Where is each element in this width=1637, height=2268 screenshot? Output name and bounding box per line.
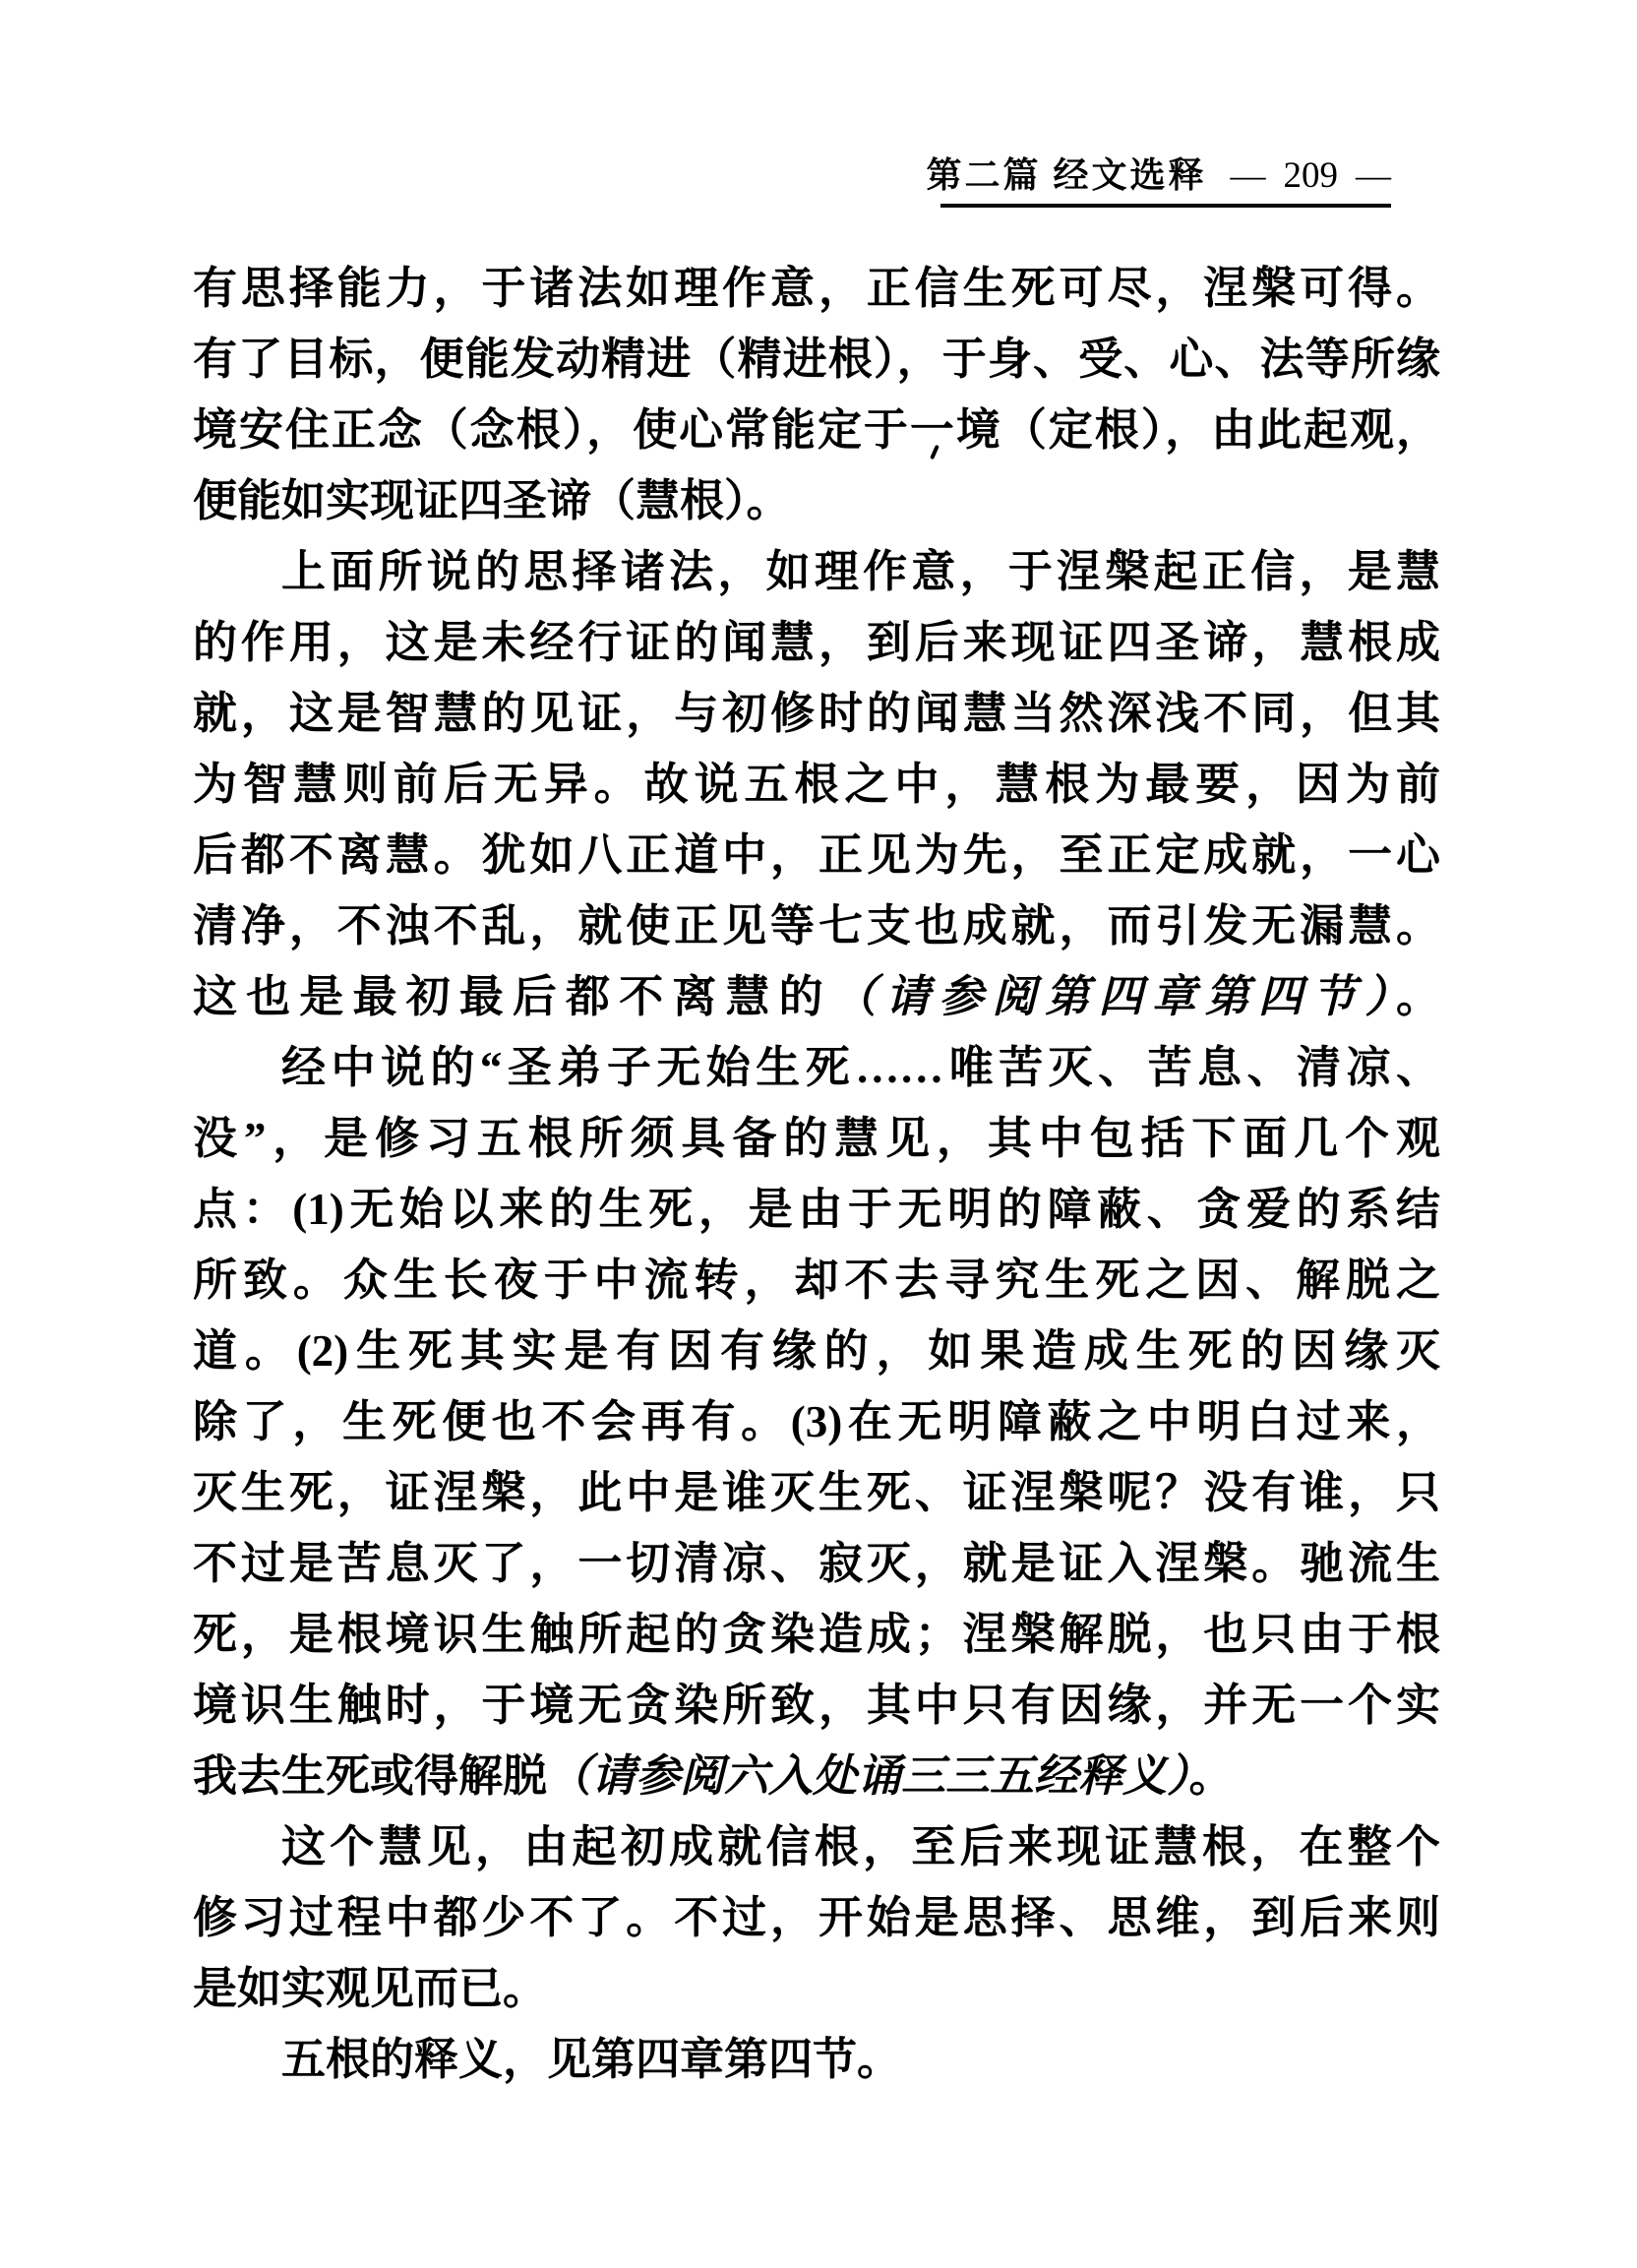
page-number-dash-left: — [1231,153,1266,197]
text-line: 五根的释义，见第四章第四节。 [193,2024,1440,2095]
text-line: 经中说的“圣弟子无始生死……唯苦灭、苦息、清凉、 [193,1032,1440,1103]
page-number-dash-right: — [1356,153,1391,197]
text-line: 有了目标，便能发动精进（精进根），于身、受、心、法等所缘 [193,324,1440,395]
cross-reference: （请参阅第四章第四节） [832,972,1396,1021]
text-line: 是如实观见而已。 [193,1953,1440,2024]
text-line: 就，这是智慧的见证，与初修时的闻慧当然深浅不同，但其 [193,678,1440,749]
text-line: 没”，是修习五根所须具备的慧见，其中包括下面几个观 [193,1103,1440,1174]
text-line: 上面所说的思择诸法，如理作意，于涅槃起正信，是慧 [193,536,1440,607]
running-head-rule [940,204,1391,208]
section-title: 第二篇 经文选释 [926,153,1206,197]
text-line: 境识生触时，于境无贪染所致，其中只有因缘，并无一个实 [193,1670,1440,1741]
cross-reference: （请参阅六入处诵三三五经释义） [547,1751,1189,1801]
text-line: 我去生死或得解脱（请参阅六入处诵三三五经释义）。 [193,1741,1440,1811]
text-line: 清净，不浊不乱，就使正见等七支也成就，而引发无漏慧。 [193,890,1440,961]
text-line: 修习过程中都少不了。不过，开始是思择、思维，到后来则 [193,1882,1440,1953]
text-line: 不过是苦息灭了，一切清凉、寂灭，就是证入涅槃。驰流生 [193,1528,1440,1599]
text-line: 道。(2)生死其实是有因有缘的，如果造成生死的因缘灭 [193,1316,1440,1386]
text-line: 这个慧见，由起初成就信根，至后来现证慧根，在整个 [193,1811,1440,1882]
running-head: 第二篇 经文选释 — 209 — [940,153,1391,198]
page-number: 209 [1284,154,1339,198]
text-line: 灭生死，证涅槃，此中是谁灭生死、证涅槃呢？没有谁，只 [193,1457,1440,1528]
text-line: 后都不离慧。犹如八正道中，正见为先，至正定成就，一心 [193,820,1440,890]
text-line: 的作用，这是未经行证的闻慧，到后来现证四圣谛，慧根成 [193,607,1440,678]
text-line: 这也是最初最后都不离慧的（请参阅第四章第四节）。 [193,961,1440,1032]
text-run: 我去生死或得解脱 [193,1751,547,1801]
text-line: 除了，生死便也不会再有。(3)在无明障蔽之中明白过来， [193,1386,1440,1457]
text-line: 为智慧则前后无异。故说五根之中，慧根为最要，因为前 [193,749,1440,820]
text-line: 点：(1)无始以来的生死，是由于无明的障蔽、贪爱的系结 [193,1174,1440,1245]
text-run: 。 [1189,1751,1234,1801]
body-text: 有思择能力，于诸法如理作意，正信生死可尽，涅槃可得。 有了目标，便能发动精进（精… [193,253,1440,2095]
text-line: 所致。众生长夜于中流转，却不去寻究生死之因、解脱之 [193,1245,1440,1316]
text-line: 境安住正念（念根），使心常能定于一境（定根），由此起观， [193,395,1440,465]
text-run: 这也是最初最后都不离慧的 [193,972,832,1021]
text-line: 死，是根境识生触所起的贪染造成；涅槃解脱，也只由于根 [193,1599,1440,1670]
text-line: 便能如实现证四圣谛（慧根）。 [193,465,1440,536]
text-line: 有思择能力，于诸法如理作意，正信生死可尽，涅槃可得。 [193,253,1440,324]
text-run: 。 [1396,972,1440,1021]
book-page: 第二篇 经文选释 — 209 — 有思择能力，于诸法如理作意，正信生死可尽，涅槃… [0,0,1637,2268]
